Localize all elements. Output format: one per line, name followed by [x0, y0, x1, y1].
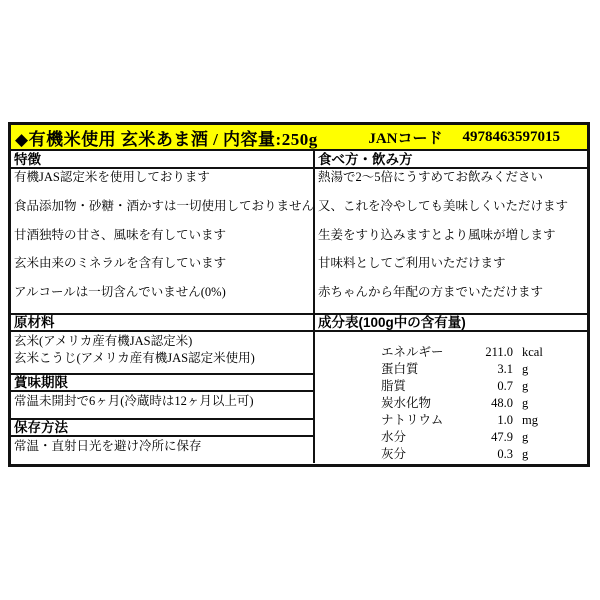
usage-item: 熱湯で2～5倍にうすめてお飲みください — [315, 169, 587, 198]
usage-item: 又、これを冷やしても美味しくいただけます — [315, 198, 587, 227]
shelf-life-text: 常温未開封で6ヶ月(冷蔵時は12ヶ月以上可) — [11, 392, 313, 418]
usage-header: 食べ方・飲み方 — [315, 151, 587, 169]
ingredients-header: 原材料 — [11, 313, 313, 332]
storage-header: 保存方法 — [11, 418, 313, 437]
nutrition-label: 炭水化物 — [381, 395, 478, 412]
product-spec-table: ◆有機米使用 玄米あま酒 / 内容量:250g JANコード 497846359… — [8, 122, 590, 467]
feature-item: 玄米由来のミネラルを含有しています — [11, 255, 313, 284]
jan-code-label: JANコード — [368, 127, 442, 148]
usage-list: 熱湯で2～5倍にうすめてお飲みください 又、これを冷やしても美味しくいただけます… — [315, 169, 587, 313]
nutrition-label: ナトリウム — [381, 412, 478, 429]
nutrition-row: 脂質 0.7 g — [315, 378, 587, 395]
nutrition-label: 蛋白質 — [381, 361, 478, 378]
title-bar: ◆有機米使用 玄米あま酒 / 内容量:250g JANコード 497846359… — [11, 125, 587, 151]
nutrition-unit: g — [513, 378, 528, 395]
nutrition-unit: g — [513, 446, 528, 463]
ingredients-line: 玄米こうじ(アメリカ産有機JAS認定米使用) — [14, 350, 311, 367]
feature-item: 有機JAS認定米を使用しております — [11, 169, 313, 198]
feature-item: 食品添加物・砂糖・酒かすは一切使用しておりません — [11, 198, 313, 227]
usage-item: 赤ちゃんから年配の方までいただけます — [315, 284, 587, 313]
nutrition-header: 成分表(100g中の含有量) — [315, 313, 587, 332]
features-header: 特徴 — [11, 151, 313, 169]
left-column: 特徴 有機JAS認定米を使用しております 食品添加物・砂糖・酒かすは一切使用して… — [11, 151, 315, 463]
nutrition-row: エネルギー 211.0 kcal — [315, 344, 587, 361]
nutrition-label: 水分 — [381, 429, 478, 446]
nutrition-row: 灰分 0.3 g — [315, 446, 587, 463]
nutrition-value: 0.7 — [478, 378, 513, 395]
nutrition-value: 47.9 — [478, 429, 513, 446]
nutrition-row: ナトリウム 1.0 mg — [315, 412, 587, 429]
usage-item: 甘味料としてご利用いただけます — [315, 255, 587, 284]
feature-item: アルコールは一切含んでいません(0%) — [11, 284, 313, 313]
nutrition-unit: g — [513, 429, 528, 446]
product-title: ◆有機米使用 玄米あま酒 / 内容量:250g — [11, 125, 318, 150]
nutrition-label: エネルギー — [381, 344, 478, 361]
nutrition-row: 水分 47.9 g — [315, 429, 587, 446]
nutrition-label: 脂質 — [381, 378, 478, 395]
nutrition-unit: mg — [513, 412, 538, 429]
nutrition-value: 211.0 — [478, 344, 513, 361]
feature-item: 甘酒独特の甘さ、風味を有しています — [11, 227, 313, 256]
nutrition-unit: kcal — [513, 344, 543, 361]
table-body: 特徴 有機JAS認定米を使用しております 食品添加物・砂糖・酒かすは一切使用して… — [11, 151, 587, 463]
nutrition-value: 1.0 — [478, 412, 513, 429]
product-spec-image: ◆有機米使用 玄米あま酒 / 内容量:250g JANコード 497846359… — [0, 0, 600, 600]
nutrition-unit: g — [513, 395, 528, 412]
jan-code-group: JANコード 4978463597015 — [368, 127, 587, 148]
storage-text: 常温・直射日光を避け冷所に保存 — [11, 437, 313, 463]
ingredients-text: 玄米(アメリカ産有機JAS認定米) 玄米こうじ(アメリカ産有機JAS認定米使用) — [11, 332, 313, 373]
nutrition-table: エネルギー 211.0 kcal 蛋白質 3.1 g 脂質 0.7 g — [315, 332, 587, 463]
jan-code-value: 4978463597015 — [463, 129, 561, 146]
nutrition-row: 蛋白質 3.1 g — [315, 361, 587, 378]
nutrition-value: 48.0 — [478, 395, 513, 412]
nutrition-value: 0.3 — [478, 446, 513, 463]
nutrition-row: 炭水化物 48.0 g — [315, 395, 587, 412]
nutrition-unit: g — [513, 361, 528, 378]
features-list: 有機JAS認定米を使用しております 食品添加物・砂糖・酒かすは一切使用しておりま… — [11, 169, 313, 313]
usage-item: 生姜をすり込みますとより風味が増します — [315, 227, 587, 256]
right-column: 食べ方・飲み方 熱湯で2～5倍にうすめてお飲みください 又、これを冷やしても美味… — [315, 151, 587, 463]
nutrition-value: 3.1 — [478, 361, 513, 378]
ingredients-line: 玄米(アメリカ産有機JAS認定米) — [14, 333, 311, 350]
nutrition-label: 灰分 — [381, 446, 478, 463]
shelf-life-header: 賞味期限 — [11, 373, 313, 392]
